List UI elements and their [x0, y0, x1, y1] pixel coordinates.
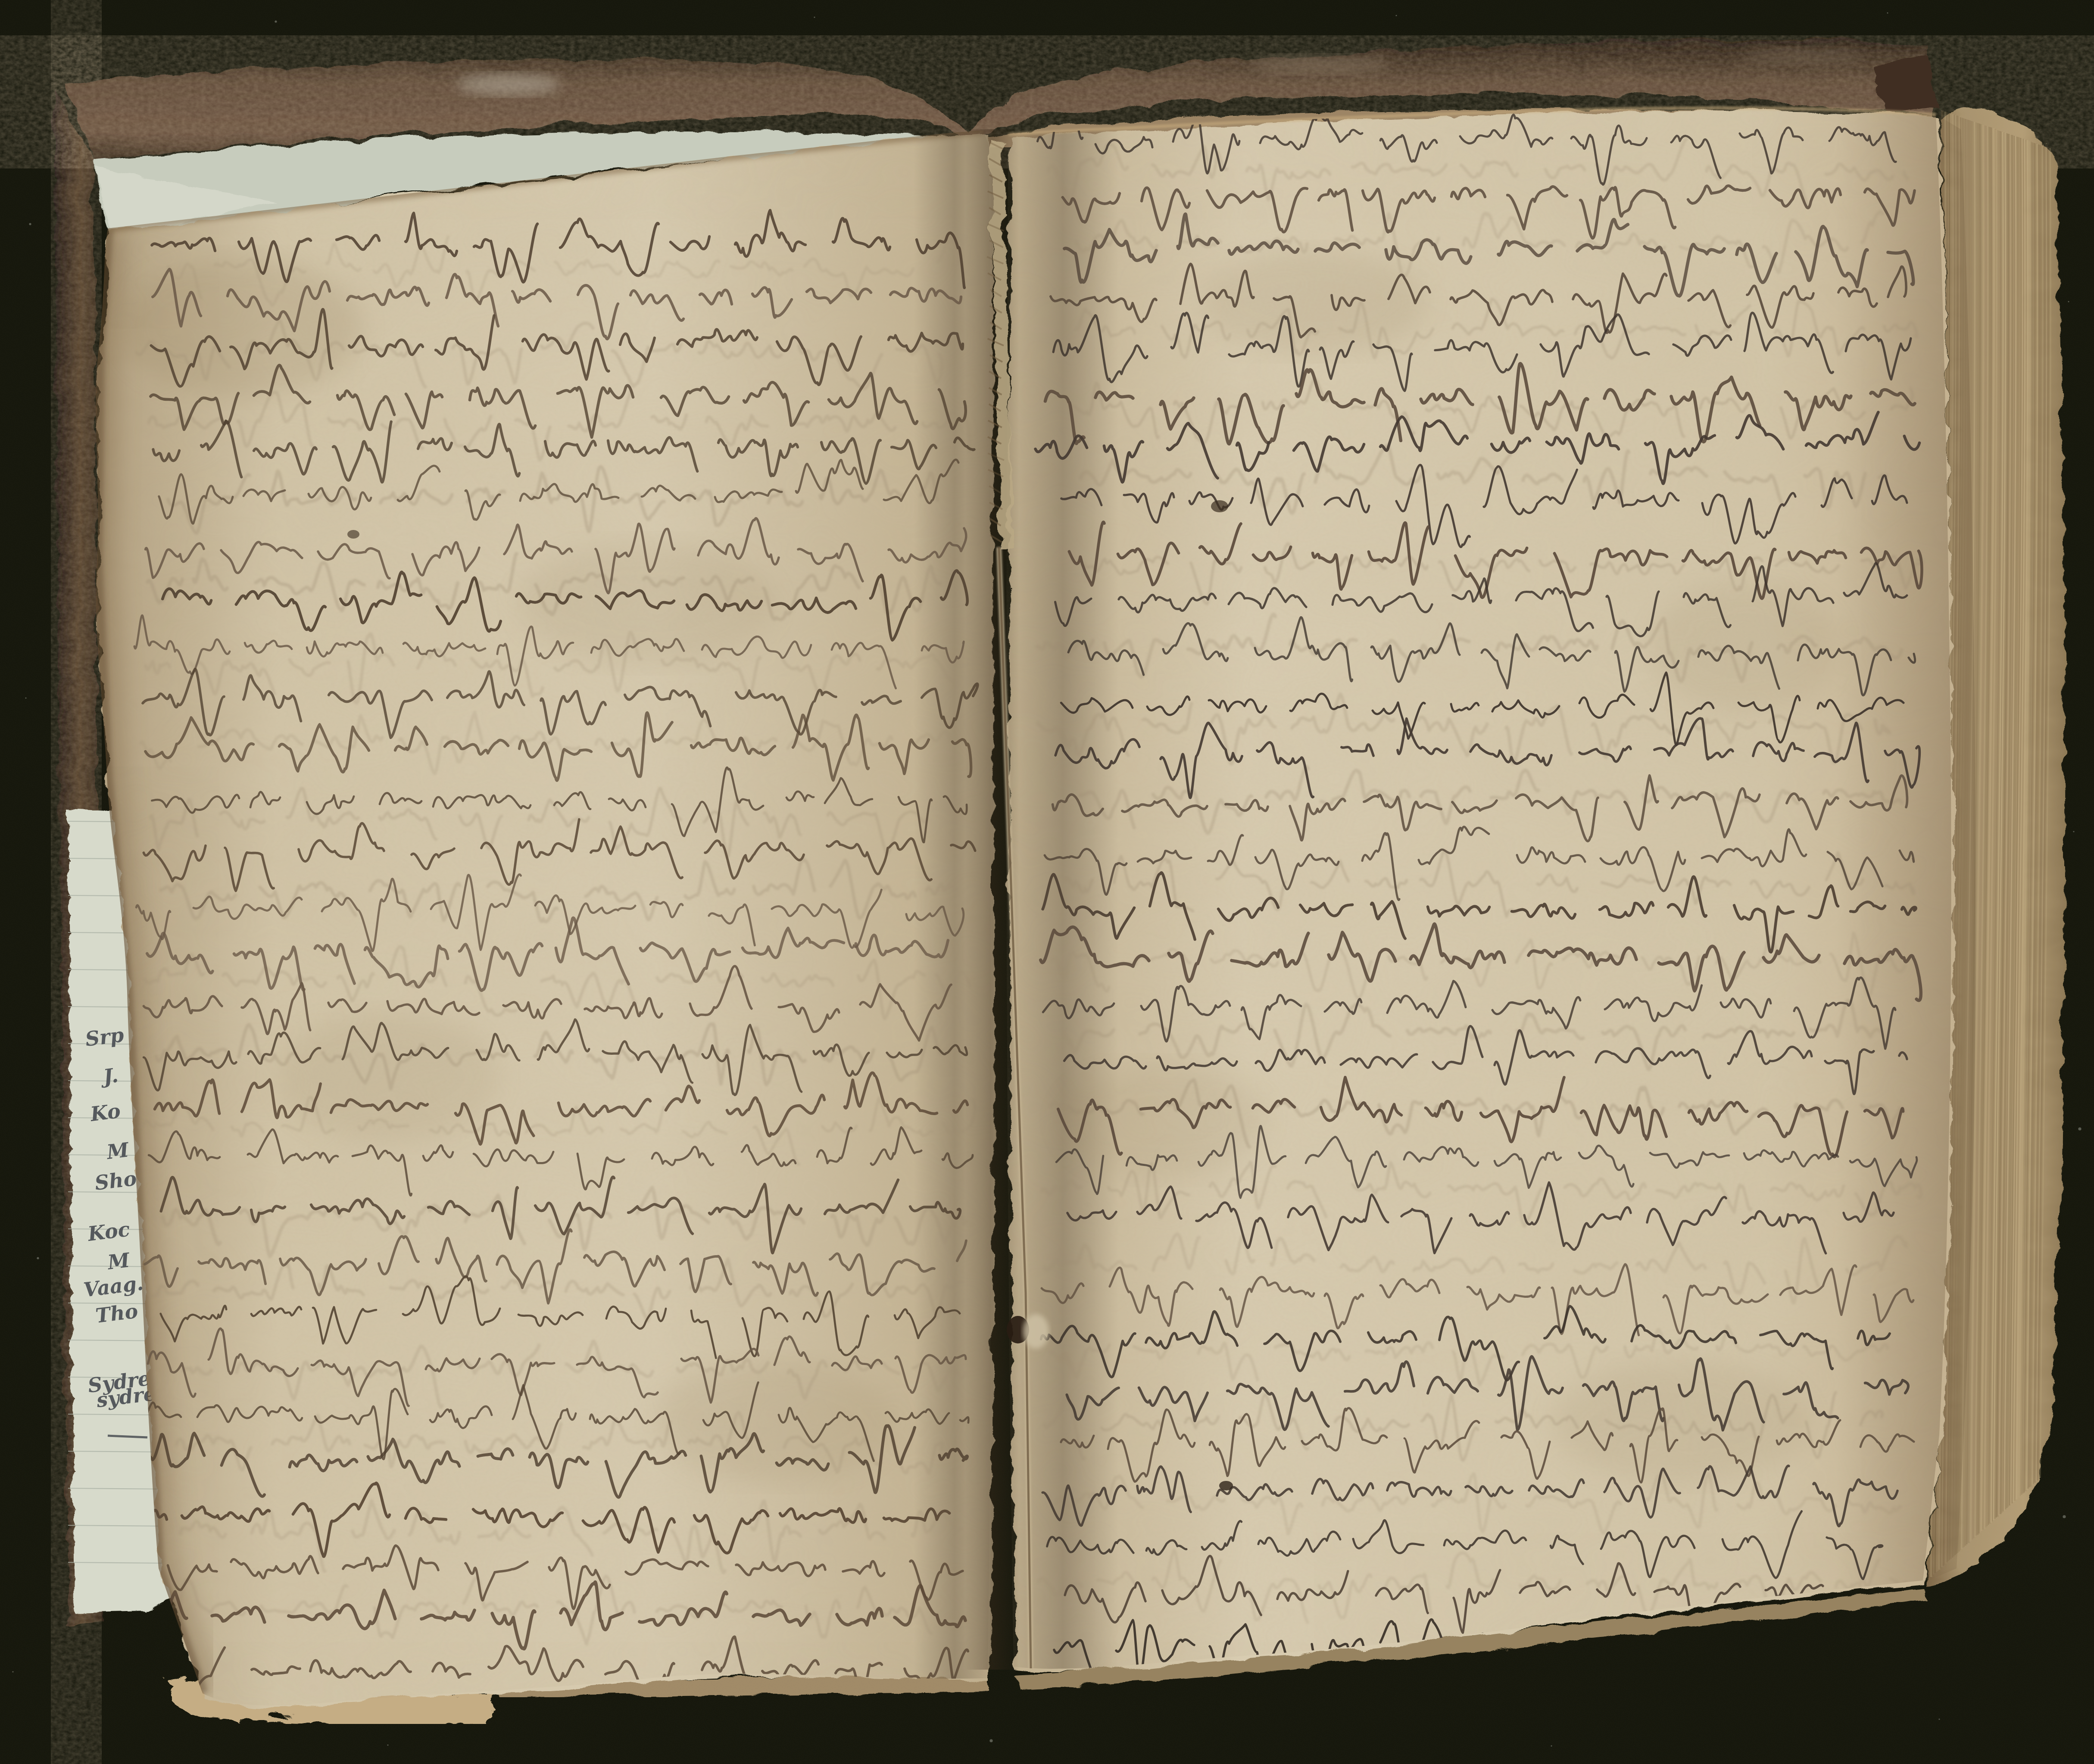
dust-speck [2078, 1127, 2081, 1130]
dust-speck [275, 20, 277, 22]
ink-blot [1211, 500, 1228, 512]
dust-speck [814, 16, 815, 18]
dust-speck [1551, 1745, 1552, 1746]
dust-speck [387, 1744, 388, 1745]
dust-speck [1938, 1718, 1940, 1720]
right-page-texture [1004, 103, 1957, 1676]
dust-speck [2068, 301, 2069, 302]
crumpled-paper-highlight [1023, 1314, 1049, 1349]
ink-blot-2 [347, 530, 359, 539]
dust-speck [1395, 15, 1397, 16]
archival-manuscript-scan: SrpJ.KoMShoKocMVaag.ThoSydresydre [0, 0, 2094, 1764]
dust-speck [989, 1739, 992, 1742]
margin-note: Ko [88, 1099, 122, 1126]
book-photo: SrpJ.KoMShoKocMVaag.ThoSydresydre [0, 0, 2094, 1764]
dust-speck [25, 697, 26, 698]
margin-note: Srp [84, 1023, 125, 1051]
dust-speck [12, 1671, 13, 1672]
margin-note: M [106, 1248, 132, 1274]
dust-speck [2073, 831, 2074, 832]
margin-note: M [105, 1138, 131, 1164]
leather-worn-patch-2 [1741, 47, 1862, 65]
dust-speck [29, 223, 31, 225]
leather-shine [457, 73, 560, 96]
ink-smudge [1219, 1481, 1233, 1490]
leather-worn-patch [1250, 55, 1388, 74]
dust-speck [2063, 1515, 2066, 1518]
dust-speck [1887, 12, 1888, 13]
dust-speck [37, 1257, 39, 1259]
right-page [1004, 103, 1957, 1676]
